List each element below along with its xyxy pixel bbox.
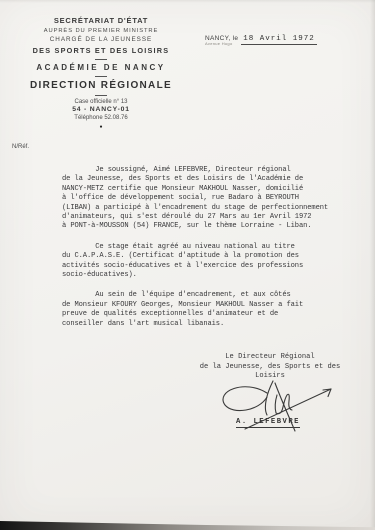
- scan-shadow-bottom: [0, 520, 375, 530]
- letterhead-sports: DES SPORTS ET DES LOISIRS: [22, 46, 180, 55]
- reference-label: N/Réf.: [12, 144, 29, 150]
- scan-shadow-right: [370, 0, 375, 530]
- paragraph-capase: Ce stage était agréé au niveau national …: [62, 243, 332, 281]
- letterhead-charge: CHARGÉ DE LA JEUNESSE: [22, 36, 180, 43]
- letterhead-divider: [95, 59, 107, 60]
- letterhead-city-line: 54 - NANCY-01: [22, 106, 180, 113]
- letter-body: Je soussigné, Aimé LEFEBVRE, Directeur r…: [62, 166, 332, 340]
- dateline-date: 18 Avril 1972: [241, 35, 317, 45]
- signature-typed-name: A. LEFEBVRE: [236, 418, 300, 428]
- paragraph-commendation: Au sein de l'équipe d'encadrement, et au…: [62, 291, 332, 329]
- letterhead-direction: DIRECTION RÉGIONALE: [22, 80, 180, 91]
- letterhead-aupres: AUPRÈS DU PREMIER MINISTRE: [22, 28, 180, 34]
- paragraph-certification: Je soussigné, Aimé LEFEBVRE, Directeur r…: [62, 166, 332, 232]
- scanned-letter-page: SECRÉTARIAT D'ÉTAT AUPRÈS DU PREMIER MIN…: [0, 0, 375, 530]
- letterhead: SECRÉTARIAT D'ÉTAT AUPRÈS DU PREMIER MIN…: [22, 16, 180, 130]
- dateline-note: Avenue Hugo: [205, 41, 232, 46]
- letterhead-secretariat: SECRÉTARIAT D'ÉTAT: [22, 16, 180, 25]
- letterhead-academie: ACADÉMIE DE NANCY: [22, 63, 180, 72]
- scan-shadow-top: [0, 0, 375, 3]
- letterhead-bullet: ●: [22, 124, 180, 130]
- letterhead-divider: [95, 95, 107, 96]
- letterhead-case-line: Case officielle n° 13: [22, 99, 180, 105]
- letterhead-phone-line: Téléphone 52.08.76: [22, 115, 180, 121]
- letterhead-divider: [95, 76, 107, 77]
